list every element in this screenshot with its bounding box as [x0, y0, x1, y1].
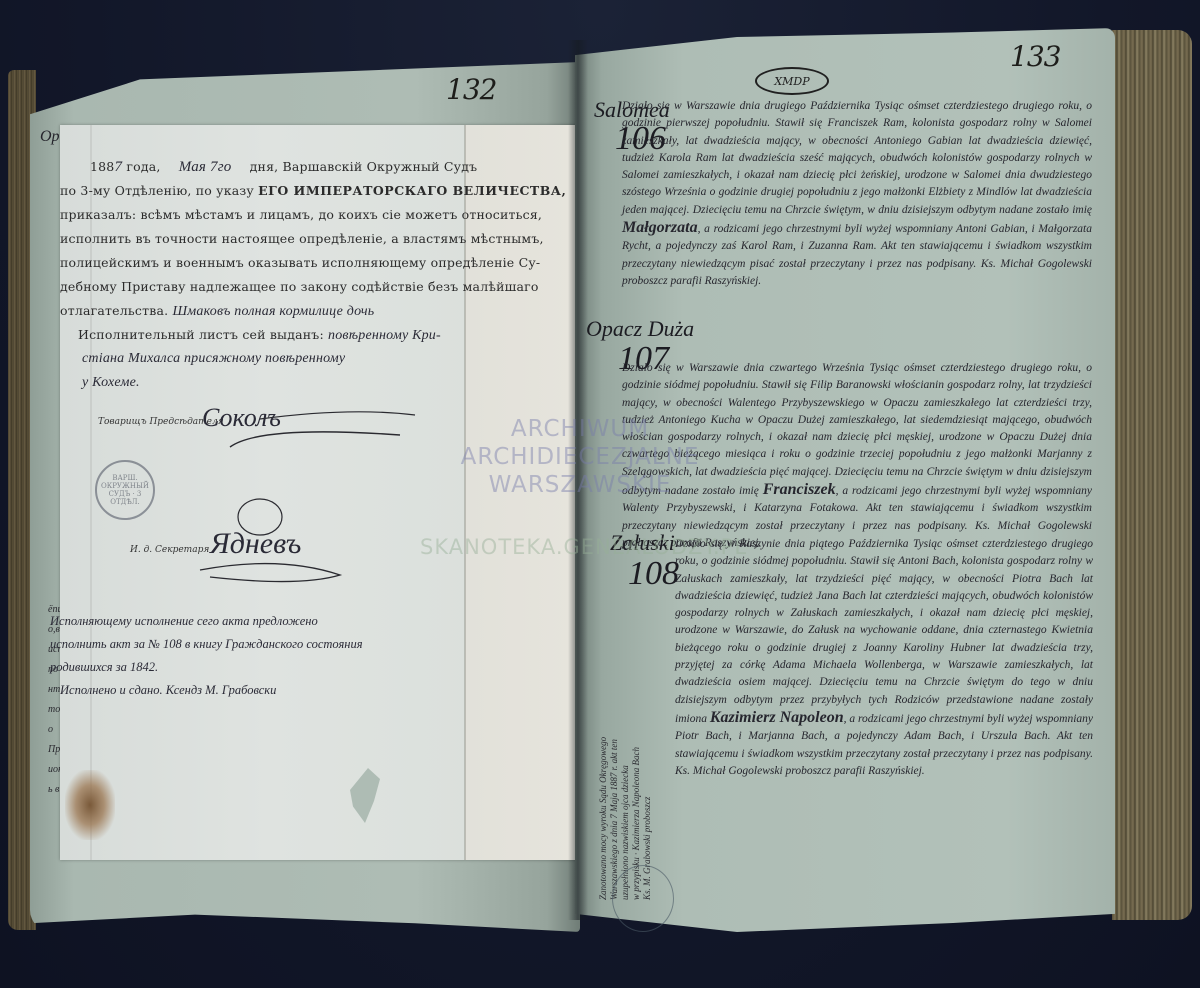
entry-107-village: Opacz Duża — [586, 316, 694, 342]
baptismal-name: Małgorzata — [622, 219, 698, 236]
court-line-3: приказалъ: всѣмъ мѣстамъ и лицамъ, до ко… — [60, 207, 542, 222]
register-monogram-stamp: XMDP — [755, 67, 829, 95]
baptismal-name: Franciszek — [763, 481, 836, 498]
entry-108-number: 108 — [628, 555, 679, 593]
skanoteka-watermark: SKANOTEKA.GENEALODZY.PL — [420, 535, 747, 559]
court-line-7: отлагательства. Шмаковъ полная кормилице… — [60, 303, 374, 320]
entry-body: Działo się w Raszynie dnia piątego Paźdz… — [675, 538, 1093, 777]
court-line-4: исполнить въ точности настоящее опредѣле… — [60, 231, 544, 246]
court-line-9: стіана Михалса присяжному повѣренному — [82, 351, 345, 367]
entry-106-text: Działo się w Warszawie dnia drugiego Paź… — [622, 98, 1092, 290]
court-line-5: полицейскимъ и военнымъ оказывать исполн… — [60, 255, 540, 270]
court-line-8: Исполнительный листъ сей выданъ: повѣрен… — [78, 327, 441, 344]
court-line-1: 1887 года, Мая 7го дня, Варшавскій Окруж… — [90, 159, 477, 176]
right-page-number: 133 — [1010, 40, 1060, 73]
handwritten-registry-note: Исполняющему исполнение сего акта предло… — [50, 610, 460, 702]
court-seal-stamp: ВАРШ. ОКРУЖНЫЙ СУДЪ · 3 ОТДѢЛ. — [95, 460, 155, 520]
baptismal-name: Kazimierz Napoleon — [710, 709, 844, 726]
open-register-book: 132 Opraz Duża ёпиш о,вин исти по соъ нт… — [0, 0, 1200, 988]
court-line-6: дебному Приставу надлежащее по закону со… — [60, 279, 539, 294]
entry-body: Działo się w Warszawie dnia drugiego Paź… — [622, 100, 1092, 287]
archive-watermark: ARCHIWUM ARCHIDIECEZJALNE WARSZAWSKIE — [430, 415, 730, 499]
left-page-number: 132 — [446, 73, 496, 106]
chair-flourish — [200, 405, 420, 455]
court-line-2: по 3-му Отдѣленію, по указу ЕГО ИМПЕРАТО… — [60, 183, 566, 198]
parish-stamp — [612, 865, 674, 932]
secretary-flourish — [190, 495, 370, 585]
right-page-edges — [1112, 30, 1192, 920]
entry-108-text: Działo się w Raszynie dnia piątego Paźdz… — [675, 536, 1093, 780]
paper-stain — [65, 770, 115, 840]
court-line-10: у Кохеме. — [82, 375, 140, 391]
vertical-margin-annotation: Zanotowano mocy wyroku Sądu Okręgowego W… — [598, 600, 653, 900]
